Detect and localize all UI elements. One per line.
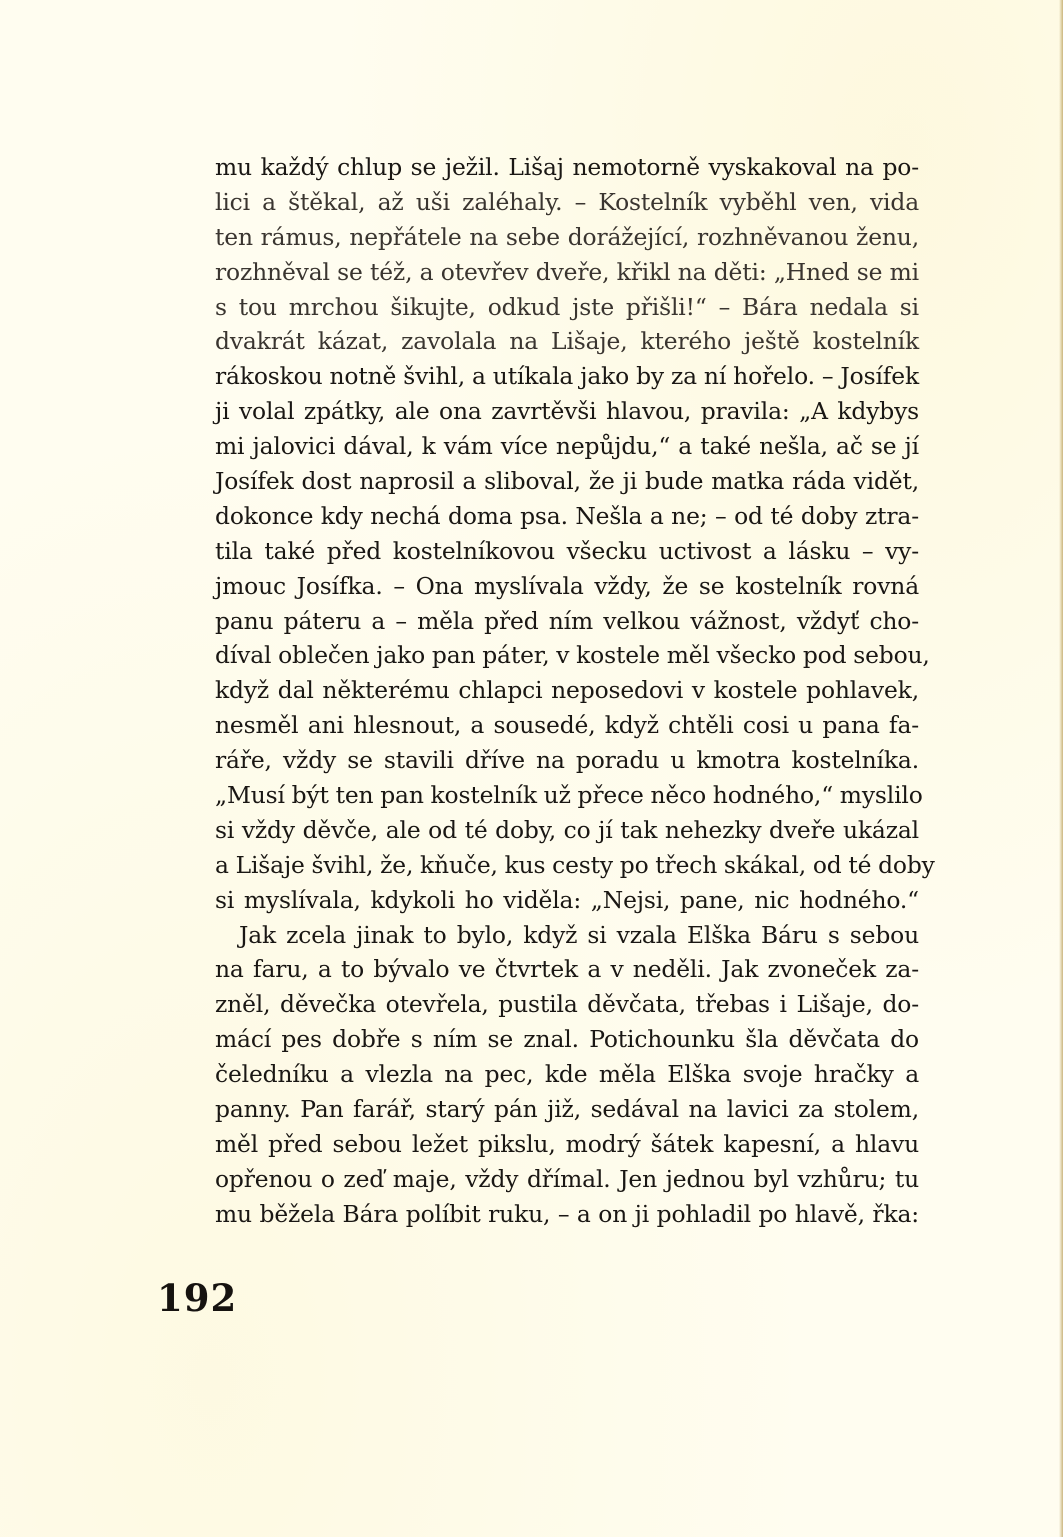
- text-line: si myslívala, kdykoli ho viděla: „Nejsi,…: [215, 883, 919, 918]
- text-line: ten rámus, nepřátele na sebe dorážející,…: [215, 220, 919, 255]
- text-line: panu páteru a – měla před ním velkou váž…: [215, 604, 919, 639]
- text-line: mi jalovici dával, k vám více nepůjdu,“ …: [215, 429, 919, 464]
- text-line: a Lišaje švihl, že, kňuče, kus cesty po …: [215, 848, 919, 883]
- text-line: rákoskou notně švihl, a utíkala jako by …: [215, 359, 919, 394]
- text-line: ji volal zpátky, ale ona zavrtěvši hlavo…: [215, 394, 919, 429]
- text-line: mu každý chlup se ježil. Lišaj nemotorně…: [215, 150, 919, 185]
- paragraph-1: mu každý chlup se ježil. Lišaj nemotorně…: [215, 150, 919, 918]
- text-line: měl před sebou ležet pikslu, modrý šátek…: [215, 1127, 919, 1162]
- text-line: Jak zcela jinak to bylo, když si vzala E…: [215, 918, 919, 953]
- text-line: opřenou o zeď maje, vždy dřímal. Jen jed…: [215, 1162, 919, 1197]
- text-line: zněl, děvečka otevřela, pustila děvčata,…: [215, 987, 919, 1022]
- text-line: mácí pes dobře s ním se znal. Potichounk…: [215, 1022, 919, 1057]
- text-line: nesměl ani hlesnout, a sousedé, když cht…: [215, 708, 919, 743]
- text-line: s tou mrchou šikujte, odkud jste přišli!…: [215, 290, 919, 325]
- text-line: jmouc Josífka. – Ona myslívala vždy, že …: [215, 569, 919, 604]
- page-edge-shadow: [1059, 0, 1063, 1537]
- text-line: dvakrát kázat, zavolala na Lišaje, které…: [215, 324, 919, 359]
- page-number: 192: [157, 1276, 237, 1320]
- text-line: ráře, vždy se stavili dříve na poradu u …: [215, 743, 919, 778]
- text-line: rozhněval se též, a otevřev dveře, křikl…: [215, 255, 919, 290]
- text-line: panny. Pan farář, starý pán již, sedával…: [215, 1092, 919, 1127]
- body-text: mu každý chlup se ježil. Lišaj nemotorně…: [215, 150, 919, 1232]
- text-line: když dal některému chlapci neposedovi v …: [215, 673, 919, 708]
- text-line: lici a štěkal, až uši zaléhaly. – Kostel…: [215, 185, 919, 220]
- text-line: tila také před kostelníkovou všecku ucti…: [215, 534, 919, 569]
- text-line: Josífek dost naprosil a sliboval, že ji …: [215, 464, 919, 499]
- text-line: „Musí být ten pan kostelník už přece něc…: [215, 778, 919, 813]
- text-line: čeledníku a vlezla na pec, kde měla Elšk…: [215, 1057, 919, 1092]
- text-line: dokonce kdy nechá doma psa. Nešla a ne; …: [215, 499, 919, 534]
- paragraph-2: Jak zcela jinak to bylo, když si vzala E…: [215, 918, 919, 1232]
- text-line: si vždy děvče, ale od té doby, co jí tak…: [215, 813, 919, 848]
- text-line: díval oblečen jako pan páter, v kostele …: [215, 638, 919, 673]
- text-line: na faru, a to bývalo ve čtvrtek a v nedě…: [215, 952, 919, 987]
- text-line: mu běžela Bára políbit ruku, – a on ji p…: [215, 1197, 919, 1232]
